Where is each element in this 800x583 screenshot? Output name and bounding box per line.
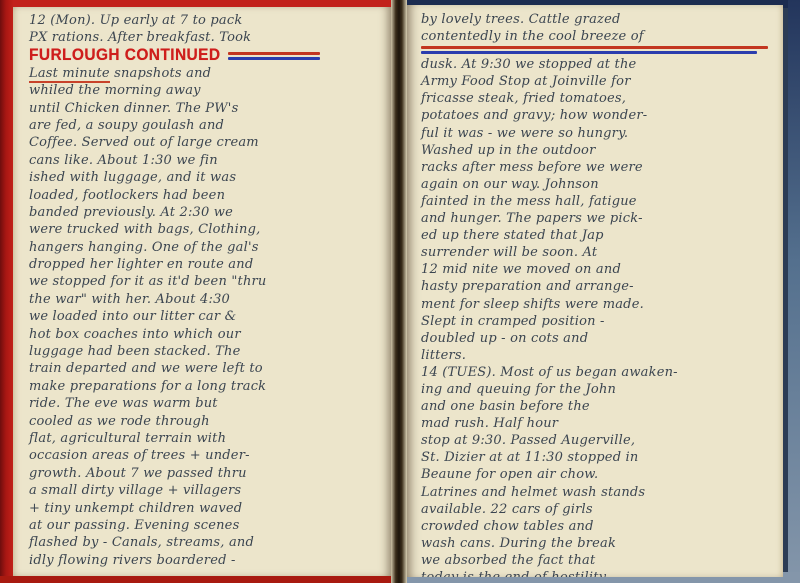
handwritten-line: loaded, footlockers had been [29, 187, 385, 204]
right-page: by lovely trees. Cattle grazed contented… [407, 5, 783, 577]
handwritten-line: stop at 9:30. Passed Augerville, [421, 432, 775, 449]
handwritten-line: ment for sleep shifts were made. [421, 296, 775, 313]
handwritten-line: hasty preparation and arrange- [421, 278, 775, 295]
handwritten-line: doubled up - on cots and [421, 330, 775, 347]
book-cover-right-edge [788, 0, 800, 583]
handwritten-line: we loaded into our litter car & [29, 308, 385, 325]
handwritten-line: banded previously. At 2:30 we [29, 204, 385, 221]
handwritten-line: 12 (Mon). Up early at 7 to pack [29, 12, 385, 29]
handwritten-line: Army Food Stop at Joinville for [421, 73, 775, 90]
red-rule [228, 52, 320, 55]
handwritten-line: until Chicken dinner. The PW's [29, 100, 385, 117]
handwritten-line: available. 22 cars of girls [421, 501, 775, 518]
book-cover-left-edge [0, 0, 13, 583]
left-page: 12 (Mon). Up early at 7 to pack PX ratio… [13, 7, 391, 576]
handwritten-line: flat, agricultural terrain with [29, 430, 385, 447]
handwritten-line: whiled the morning away [29, 82, 385, 99]
handwritten-line: ished with luggage, and it was [29, 169, 385, 186]
handwritten-line: fainted in the mess hall, fatigue [421, 193, 775, 210]
stamp-double-rule [228, 52, 320, 60]
page-double-rule [421, 45, 775, 56]
handwritten-line: luggage had been stacked. The [29, 343, 385, 360]
left-page-body: whiled the morning awayuntil Chicken din… [29, 82, 385, 569]
handwritten-line: the war" with her. About 4:30 [29, 291, 385, 308]
furlough-continued-stamp: FURLOUGH CONTINUED [29, 46, 220, 65]
handwritten-line: we stopped for it as it'd been "thru [29, 273, 385, 290]
blue-rule [228, 57, 320, 60]
handwritten-line: Washed up in the outdoor [421, 142, 775, 159]
handwritten-line: make preparations for a long track [29, 378, 385, 395]
handwritten-line: we absorbed the fact that [421, 552, 775, 569]
handwritten-line: flashed by - Canals, streams, and [29, 534, 385, 551]
handwritten-line: by lovely trees. Cattle grazed [421, 11, 775, 28]
handwritten-line: ful it was - we were so hungry. [421, 125, 775, 142]
handwritten-line: crowded chow tables and [421, 518, 775, 535]
handwritten-line: cans like. About 1:30 we fin [29, 152, 385, 169]
handwritten-line: St. Dizier at at 11:30 stopped in [421, 449, 775, 466]
handwritten-line: a small dirty village + villagers [29, 482, 385, 499]
handwritten-line: again on our way. Johnson [421, 176, 775, 193]
handwritten-line: 12 mid nite we moved on and [421, 261, 775, 278]
handwritten-line: are fed, a soupy goulash and [29, 117, 385, 134]
handwritten-line: idly flowing rivers boardered - [29, 552, 385, 569]
handwritten-line: racks after mess before we were [421, 159, 775, 176]
handwritten-line: growth. About 7 we passed thru [29, 465, 385, 482]
right-page-body: dusk. At 9:30 we stopped at theArmy Food… [421, 56, 775, 577]
handwritten-line: today is the end of hostility. [421, 569, 775, 577]
handwritten-line: litters. [421, 347, 775, 364]
page-gutter [391, 0, 407, 583]
furlough-stamp-row: FURLOUGH CONTINUED [29, 47, 385, 65]
handwritten-line: dropped her lighter en route and [29, 256, 385, 273]
handwritten-line: at our passing. Evening scenes [29, 517, 385, 534]
handwritten-line: ing and queuing for the John [421, 381, 775, 398]
handwritten-line: cooled as we rode through [29, 413, 385, 430]
handwritten-line: PX rations. After breakfast. Took [29, 29, 385, 46]
book-cover-bottom-left-edge [0, 576, 394, 583]
handwritten-line: contentedly in the cool breeze of [421, 28, 775, 45]
handwritten-line: hangers hanging. One of the gal's [29, 239, 385, 256]
blue-rule [421, 51, 757, 54]
handwritten-line: ride. The eve was warm but [29, 395, 385, 412]
handwritten-line: potatoes and gravy; how wonder- [421, 107, 775, 124]
handwritten-line: and hunger. The papers we pick- [421, 210, 775, 227]
handwritten-line: hot box coaches into which our [29, 326, 385, 343]
red-underlined-phrase: Last minute [29, 66, 110, 83]
handwritten-line: mad rush. Half hour [421, 415, 775, 432]
handwritten-line: Last minute snapshots and [29, 65, 385, 82]
handwritten-line: train departed and we were left to [29, 360, 385, 377]
handwritten-line: Coffee. Served out of large cream [29, 134, 385, 151]
handwritten-line: dusk. At 9:30 we stopped at the [421, 56, 775, 73]
handwritten-line: Beaune for open air chow. [421, 466, 775, 483]
handwritten-line: fricasse steak, fried tomatoes, [421, 90, 775, 107]
handwritten-line: Latrines and helmet wash stands [421, 484, 775, 501]
diary-book-spread: 12 (Mon). Up early at 7 to pack PX ratio… [0, 0, 800, 583]
red-rule [421, 46, 768, 49]
handwritten-line: ed up there stated that Jap [421, 227, 775, 244]
handwritten-line: surrender will be soon. At [421, 244, 775, 261]
handwritten-line: and one basin before the [421, 398, 775, 415]
handwritten-line: 14 (TUES). Most of us began awaken- [421, 364, 775, 381]
handwritten-line: occasion areas of trees + under- [29, 447, 385, 464]
handwritten-line: were trucked with bags, Clothing, [29, 221, 385, 238]
handwritten-line: + tiny unkempt children waved [29, 500, 385, 517]
handwritten-line: Slept in cramped position - [421, 313, 775, 330]
handwritten-line: wash cans. During the break [421, 535, 775, 552]
line-remainder: snapshots and [110, 66, 211, 81]
